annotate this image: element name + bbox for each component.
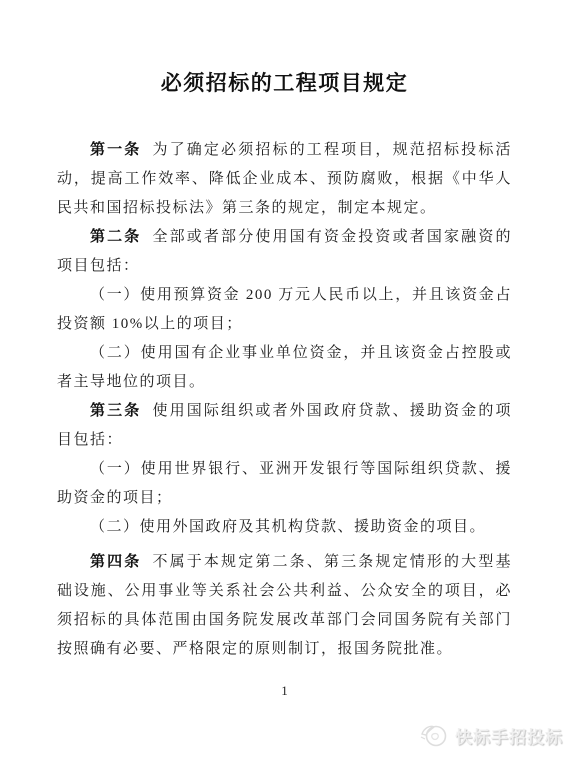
- paragraph-item-3-2: （二）使用外国政府及其机构贷款、援助资金的项目。: [57, 513, 512, 542]
- paragraph-article-4: 第四条不属于本规定第二条、第三条规定情形的大型基础设施、公用事业等关系社会公共利…: [57, 548, 512, 664]
- paragraph-item-2-1: （一）使用预算资金 200 万元人民币以上，并且该资金占投资额 10%以上的项目…: [57, 281, 512, 339]
- document-body: 第一条为了确定必须招标的工程项目，规范招标投标活动，提高工作效率、降低企业成本、…: [57, 136, 512, 664]
- paragraph-article-2: 第二条全部或者部分使用国有资金投资或者国家融资的项目包括：: [57, 223, 512, 281]
- article-number-label: 第四条: [90, 554, 141, 570]
- paragraph-text: （二）使用国有企业事业单位资金，并且该资金占控股或者主导地位的项目。: [57, 345, 512, 390]
- paragraph-item-3-1: （一）使用世界银行、亚洲开发银行等国际组织贷款、援助资金的项目；: [57, 455, 512, 513]
- watermark-label: 快标手招投标: [455, 723, 563, 748]
- article-number-label: 第二条: [90, 229, 141, 245]
- paragraph-text: （一）使用预算资金 200 万元人民币以上，并且该资金占投资额 10%以上的项目…: [57, 287, 512, 332]
- article-number-label: 第一条: [90, 142, 141, 158]
- document-title: 必须招标的工程项目规定: [0, 68, 569, 98]
- watermark: 快标手招投标: [418, 720, 563, 750]
- paragraph-item-2-2: （二）使用国有企业事业单位资金，并且该资金占控股或者主导地位的项目。: [57, 339, 512, 397]
- document-page: 必须招标的工程项目规定 第一条为了确定必须招标的工程项目，规范招标投标活动，提高…: [0, 0, 569, 760]
- paragraph-article-3: 第三条使用国际组织或者外国政府贷款、援助资金的项目包括：: [57, 397, 512, 455]
- kuaibiaoshou-logo-icon: [418, 720, 450, 750]
- paragraph-article-1: 第一条为了确定必须招标的工程项目，规范招标投标活动，提高工作效率、降低企业成本、…: [57, 136, 512, 223]
- paragraph-text: （一）使用世界银行、亚洲开发银行等国际组织贷款、援助资金的项目；: [57, 461, 512, 506]
- page-number: 1: [0, 683, 569, 699]
- paragraph-text: （二）使用外国政府及其机构贷款、援助资金的项目。: [90, 519, 486, 535]
- article-number-label: 第三条: [90, 403, 141, 419]
